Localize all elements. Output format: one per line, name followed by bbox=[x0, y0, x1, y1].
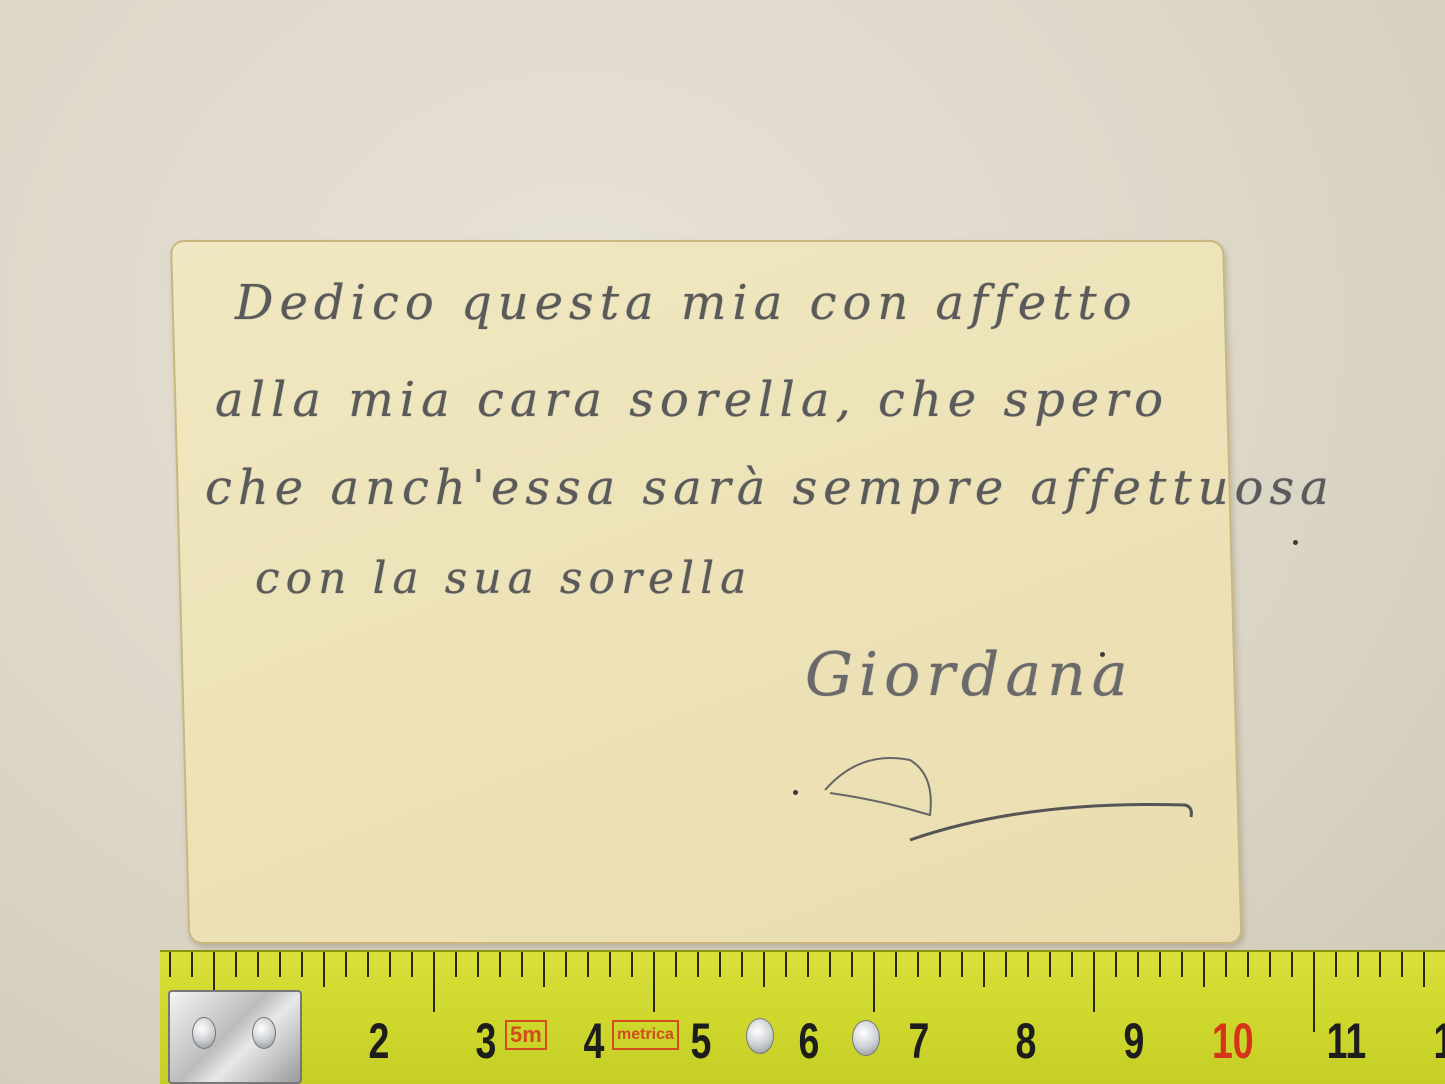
tape-number-highlight: 10 bbox=[1212, 1012, 1254, 1070]
signature-loop bbox=[820, 745, 950, 825]
tape-label-metrica: metrica bbox=[612, 1020, 679, 1050]
hook-rivet bbox=[252, 1017, 276, 1049]
tape-label-5m: 5m bbox=[505, 1020, 547, 1050]
card-line-2: alla mia cara sorella, che spero bbox=[215, 372, 1169, 428]
tape-number: 9 bbox=[1123, 1012, 1144, 1070]
tape-rivet bbox=[746, 1018, 774, 1054]
tape-number: 8 bbox=[1015, 1012, 1036, 1070]
speck bbox=[1293, 540, 1298, 545]
speck bbox=[793, 790, 798, 795]
signature: Giordana bbox=[805, 640, 1134, 710]
speck bbox=[1100, 652, 1105, 657]
tape-rivet bbox=[852, 1020, 880, 1056]
measuring-tape: 2 3 5m 4 metrica 5 6 7 8 9 10 11 1 bbox=[160, 950, 1445, 1084]
tape-number: 7 bbox=[908, 1012, 929, 1070]
tape-number: 2 bbox=[368, 1012, 389, 1070]
tape-number: 11 bbox=[1327, 1012, 1367, 1070]
hook-rivet bbox=[192, 1017, 216, 1049]
card-line-3: che anch'essa sarà sempre affettuosa bbox=[205, 460, 1335, 516]
card-line-4: con la sua sorella bbox=[255, 553, 752, 604]
tape-number: 5 bbox=[690, 1012, 711, 1070]
tape-number: 3 bbox=[475, 1012, 496, 1070]
tape-hook bbox=[168, 990, 302, 1084]
tape-number: 1 bbox=[1433, 1012, 1445, 1070]
tape-number: 6 bbox=[798, 1012, 819, 1070]
tape-number: 4 bbox=[583, 1012, 604, 1070]
card-line-1: Dedico questa mia con affetto bbox=[235, 275, 1138, 331]
